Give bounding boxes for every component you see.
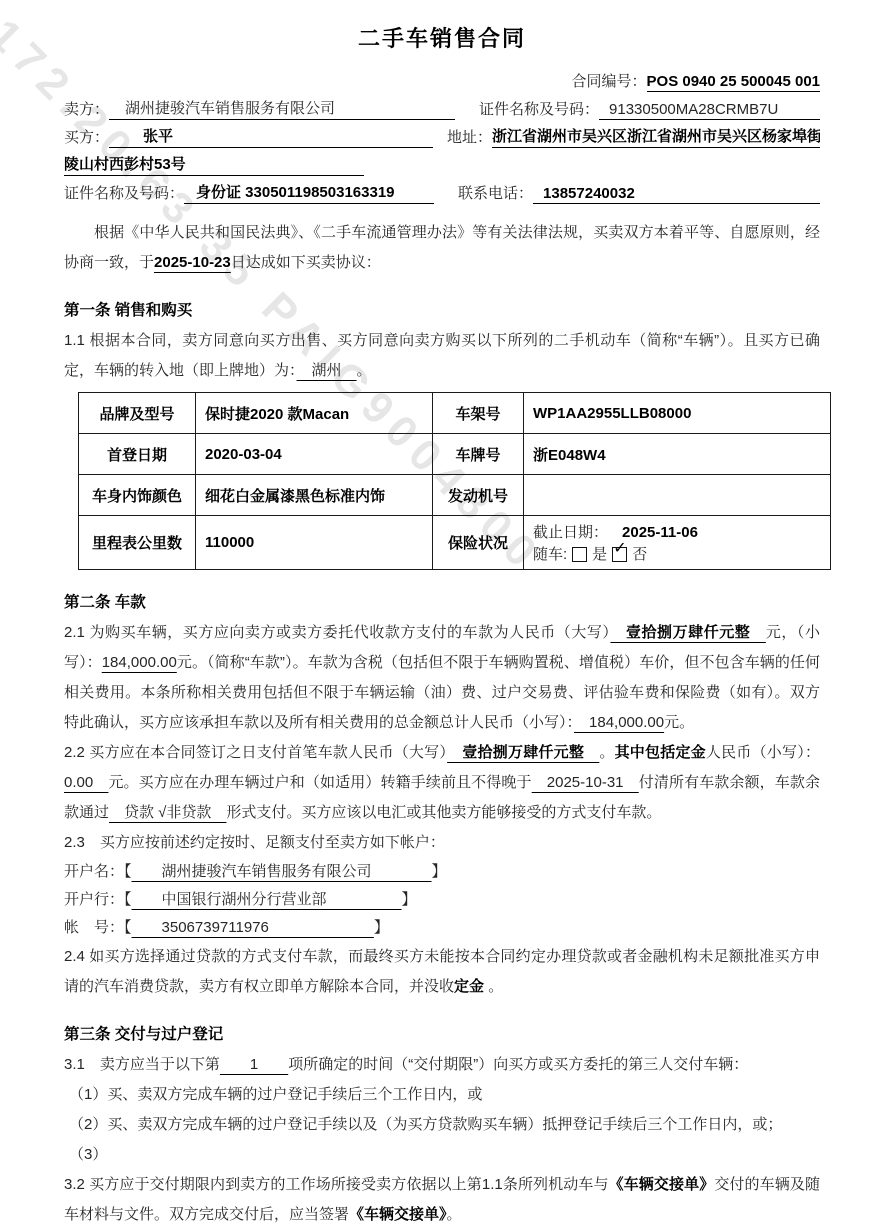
vehicle-field-label: 车牌号	[433, 434, 524, 475]
text-segment: 184,000.00	[574, 714, 664, 731]
vehicle-field-label: 车身内饰颜色	[79, 475, 196, 516]
clause-3-1-item-1: （1）买、卖双方完成车辆的过户登记手续后三个工作日内，或	[64, 1080, 820, 1110]
text-segment: 。	[484, 978, 503, 995]
contract-page: 172.20.63.35 PAIG9004800 二手车销售合同 合同编号： P…	[0, 0, 884, 1228]
intro-paragraph: 根据《中华人民共和国民法典》、《二手车流通管理办法》等有关法律法规，买卖双方本着…	[64, 218, 820, 278]
checkbox-no-label: 否	[632, 544, 647, 565]
account-number-line: 帐 号：【 3506739711976 】	[64, 914, 820, 942]
table-row: 首登日期 2020-03-04 车牌号 浙E048W4	[79, 434, 831, 475]
text-segment: 其中包括定金	[615, 744, 706, 761]
table-row: 车身内饰颜色 细花白金属漆黑色标准内饰 发动机号	[79, 475, 831, 516]
vehicle-field-label: 车架号	[433, 393, 524, 434]
account-bank-line: 开户行：【 中国银行湖州分行营业部 】	[64, 886, 820, 914]
contract-content: 二手车销售合同 合同编号： POS 0940 25 500045 001 卖方：…	[0, 0, 884, 1228]
text-segment: 湖州捷骏汽车销售服务有限公司	[132, 863, 432, 880]
vehicle-field-value: 2020-03-04	[196, 434, 433, 475]
text-segment: 元。（简称“车款”）。车款为含税（包括但不限于车辆购置税、增值税）车价，但不包含…	[64, 654, 820, 731]
vehicle-table: 品牌及型号 保时捷2020 款Macan 车架号 WP1AA2955LLB080…	[78, 392, 831, 570]
seller-cert-field[interactable]: 91330500MA28CRMB7U	[599, 101, 820, 120]
buyer-cert-row: 证件名称及号码： 身份证 330501198503163319 联系电话： 13…	[64, 176, 820, 204]
text-segment: 项所确定的时间（“交付期限”）向买方或买方委托的第三人交付车辆：	[288, 1056, 748, 1073]
text-segment: 贷款 √非贷款	[109, 804, 226, 821]
address-field-line2[interactable]: 陵山村西彭村53号	[64, 153, 364, 176]
table-row: 品牌及型号 保时捷2020 款Macan 车架号 WP1AA2955LLB080…	[79, 393, 831, 434]
vehicle-field-value: 细花白金属漆黑色标准内饰	[196, 475, 433, 516]
yes-checkbox[interactable]	[572, 547, 587, 562]
text-segment: 。	[447, 1206, 462, 1223]
text-segment: 】	[432, 863, 447, 880]
text-segment: 《车辆交接单》	[609, 1176, 715, 1193]
vehicle-field-label: 首登日期	[79, 434, 196, 475]
buyer-row: 买方： 张平 地址： 浙江省湖州市吴兴区浙江省湖州市吴兴区杨家埠街道乌	[64, 120, 820, 148]
no-checkbox[interactable]: ✓	[612, 547, 627, 562]
section-3-heading: 第三条 交付与过户登记	[64, 1024, 820, 1046]
clause-3-1: 3.1 卖方应当于以下第 1 项所确定的时间（“交付期限”）向买方或买方委托的第…	[64, 1050, 820, 1080]
address-label: 地址：	[447, 126, 492, 148]
text-segment: 3.2 买方应于交付期限内到卖方的工作场所接受卖方依据以上第1.1条所列机动车与	[64, 1176, 609, 1193]
text-segment: 形式支付。买方应该以电汇或其他卖方能够接受的方式支付车款。	[226, 804, 661, 821]
text-segment: 2.2 买方应在本合同签订之日支付首笔车款人民币（大写）	[64, 744, 447, 761]
clause-1-1: 1.1 根据本合同，卖方同意向买方出售、买方同意向卖方购买以下所列的二手机动车（…	[64, 326, 820, 386]
text-segment: 1	[220, 1056, 288, 1073]
vehicle-field-label: 里程表公里数	[79, 516, 196, 570]
contract-number-line: 合同编号： POS 0940 25 500045 001	[64, 64, 820, 92]
text-segment: 元。买方应在办理车辆过户和（如适用）转籍手续前且不得晚于	[108, 774, 531, 791]
text-segment: 】	[374, 919, 389, 936]
table-row: 里程表公里数 110000 保险状况 截止日期： 2025-11-06 随车: …	[79, 516, 831, 570]
address-row-2: 陵山村西彭村53号	[64, 148, 820, 176]
clause-3-2: 3.2 买方应于交付期限内到卖方的工作场所接受卖方依据以上第1.1条所列机动车与…	[64, 1170, 820, 1228]
buyer-label: 买方：	[64, 126, 109, 148]
text-segment: 1.1 根据本合同，卖方同意向买方出售、买方同意向卖方购买以下所列的二手机动车（…	[64, 332, 820, 379]
with-car-label: 随车:	[533, 544, 567, 565]
insurance-deadline-line: 截止日期： 2025-11-06	[533, 521, 821, 544]
buyer-name-field[interactable]: 张平	[109, 125, 433, 148]
contract-number-label: 合同编号：	[572, 70, 647, 92]
page-title: 二手车销售合同	[64, 26, 820, 52]
vehicle-field-value: 浙E048W4	[524, 434, 831, 475]
section-1-heading: 第一条 销售和购买	[64, 300, 820, 322]
text-segment: 。	[599, 744, 614, 761]
buyer-cert-field[interactable]: 身份证 330501198503163319	[184, 181, 434, 204]
text-segment: （2）买、卖双方完成车辆的过户登记手续以及（为买方贷款购买车辆）抵押登记手续后三…	[69, 1116, 782, 1133]
seller-label: 卖方：	[64, 98, 109, 120]
text-segment: 开户名：【	[64, 863, 132, 880]
vehicle-field-value: 保时捷2020 款Macan	[196, 393, 433, 434]
check-icon: ✓	[613, 541, 626, 557]
insurance-deadline-value: 2025-11-06	[622, 521, 698, 544]
text-segment: 日达成如下买卖协议：	[231, 254, 381, 271]
text-segment: 帐 号：【	[64, 919, 132, 936]
account-name-line: 开户名：【 湖州捷骏汽车销售服务有限公司 】	[64, 858, 820, 886]
text-segment: 2.1 为购买车辆，买方应向卖方或卖方委托代收款方支付的车款为人民币（大写）	[64, 624, 610, 641]
phone-field[interactable]: 13857240032	[533, 185, 820, 204]
insurance-deadline-label: 截止日期：	[533, 521, 608, 544]
text-segment: 定金	[454, 978, 484, 995]
address-field-line1[interactable]: 浙江省湖州市吴兴区浙江省湖州市吴兴区杨家埠街道乌	[492, 125, 820, 148]
text-segment: （1）买、卖双方完成车辆的过户登记手续后三个工作日内，或	[69, 1086, 482, 1103]
text-segment: （3）	[69, 1146, 107, 1163]
text-segment: 3506739711976	[132, 919, 374, 936]
insurance-status-cell: 截止日期： 2025-11-06 随车: 是 ✓ 否	[524, 516, 831, 570]
text-segment: 壹拾捌万肆仟元整	[610, 624, 765, 641]
seller-row: 卖方： 湖州捷骏汽车销售服务有限公司 证件名称及号码： 91330500MA28…	[64, 92, 820, 120]
clause-2-1: 2.1 为购买车辆，买方应向卖方或卖方委托代收款方支付的车款为人民币（大写） 壹…	[64, 618, 820, 738]
vehicle-field-value	[524, 475, 831, 516]
clause-3-1-item-2: （2）买、卖双方完成车辆的过户登记手续以及（为买方贷款购买车辆）抵押登记手续后三…	[64, 1110, 820, 1140]
clause-2-3: 2.3 买方应按前述约定按时、足额支付至卖方如下帐户：	[64, 828, 820, 858]
checkbox-yes-label: 是	[592, 544, 607, 565]
text-segment: 湖州	[297, 362, 357, 379]
contract-number-value: POS 0940 25 500045 001	[647, 73, 820, 92]
text-segment: 2.3 买方应按前述约定按时、足额支付至卖方如下帐户：	[64, 834, 445, 851]
clause-3-1-item-3: （3）	[64, 1140, 820, 1170]
vehicle-field-value: WP1AA2955LLB08000	[524, 393, 831, 434]
text-segment: 元。	[664, 714, 694, 731]
seller-name-field[interactable]: 湖州捷骏汽车销售服务有限公司	[109, 97, 455, 120]
text-segment: 184,000.00	[102, 654, 177, 671]
text-segment: 开户行：【	[64, 891, 132, 908]
text-segment: 。	[357, 362, 372, 379]
vehicle-field-label: 品牌及型号	[79, 393, 196, 434]
text-segment: 3.1 卖方应当于以下第	[64, 1056, 220, 1073]
vehicle-field-label: 保险状况	[433, 516, 524, 570]
phone-label: 联系电话：	[458, 182, 533, 204]
text-segment: 中国银行湖州分行营业部	[132, 891, 402, 908]
clause-2-2: 2.2 买方应在本合同签订之日支付首笔车款人民币（大写） 壹拾捌万肆仟元整 。其…	[64, 738, 820, 828]
vehicle-field-label: 发动机号	[433, 475, 524, 516]
text-segment: 2025-10-23	[154, 254, 231, 271]
seller-cert-label: 证件名称及号码：	[479, 98, 599, 120]
insurance-with-car-line: 随车: 是 ✓ 否	[533, 544, 821, 565]
text-segment: 2025-10-31	[532, 774, 639, 791]
text-segment: 《车辆交接单》	[349, 1206, 447, 1223]
buyer-cert-label: 证件名称及号码：	[64, 182, 184, 204]
text-segment: 0.00	[64, 774, 108, 791]
vehicle-field-value: 110000	[196, 516, 433, 570]
section-2-heading: 第二条 车款	[64, 592, 820, 614]
text-segment: 人民币（小写）：	[706, 744, 820, 761]
text-segment: 】	[402, 891, 417, 908]
clause-2-4: 2.4 如买方选择通过贷款的方式支付车款，而最终买方未能按本合同约定办理贷款或者…	[64, 942, 820, 1002]
text-segment: 壹拾捌万肆仟元整	[447, 744, 599, 761]
text-segment: 2.4 如买方选择通过贷款的方式支付车款，而最终买方未能按本合同约定办理贷款或者…	[64, 948, 820, 995]
